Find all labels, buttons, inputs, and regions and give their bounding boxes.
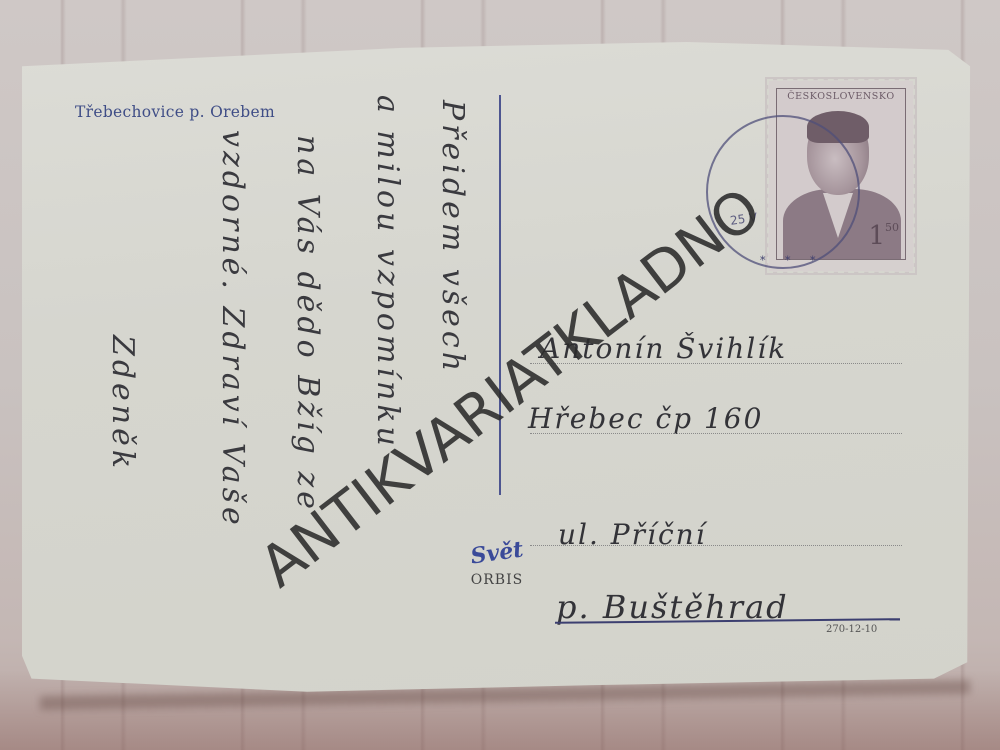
publisher-logo-icon: Svět [463, 536, 532, 571]
stamp-value: 150 [868, 221, 899, 251]
place-label: Třebechovice p. Orebem [75, 103, 275, 121]
message-line: vzdorné. Zdraví Vaše [215, 130, 250, 529]
message-signature: Zdeněk [105, 335, 140, 472]
address-street: Hřebec čp 160 [528, 402, 763, 435]
message-line: Přeidem všech [435, 100, 470, 375]
address-rule [530, 433, 902, 434]
postmark-ticks: * * * [760, 254, 824, 267]
stamp-country: ČESKOSLOVENSKO [777, 91, 905, 102]
publisher-mark: Svět ORBIS [464, 540, 530, 588]
publisher-name: ORBIS [464, 572, 530, 588]
print-code: 270-12-10 [826, 624, 877, 635]
address-street-2: ul. Příční [558, 518, 707, 551]
message-line: a milou vzpomínku [370, 95, 405, 450]
address-rule [530, 545, 902, 546]
message-line: na Vás dědo Bžíg ze [290, 135, 325, 513]
